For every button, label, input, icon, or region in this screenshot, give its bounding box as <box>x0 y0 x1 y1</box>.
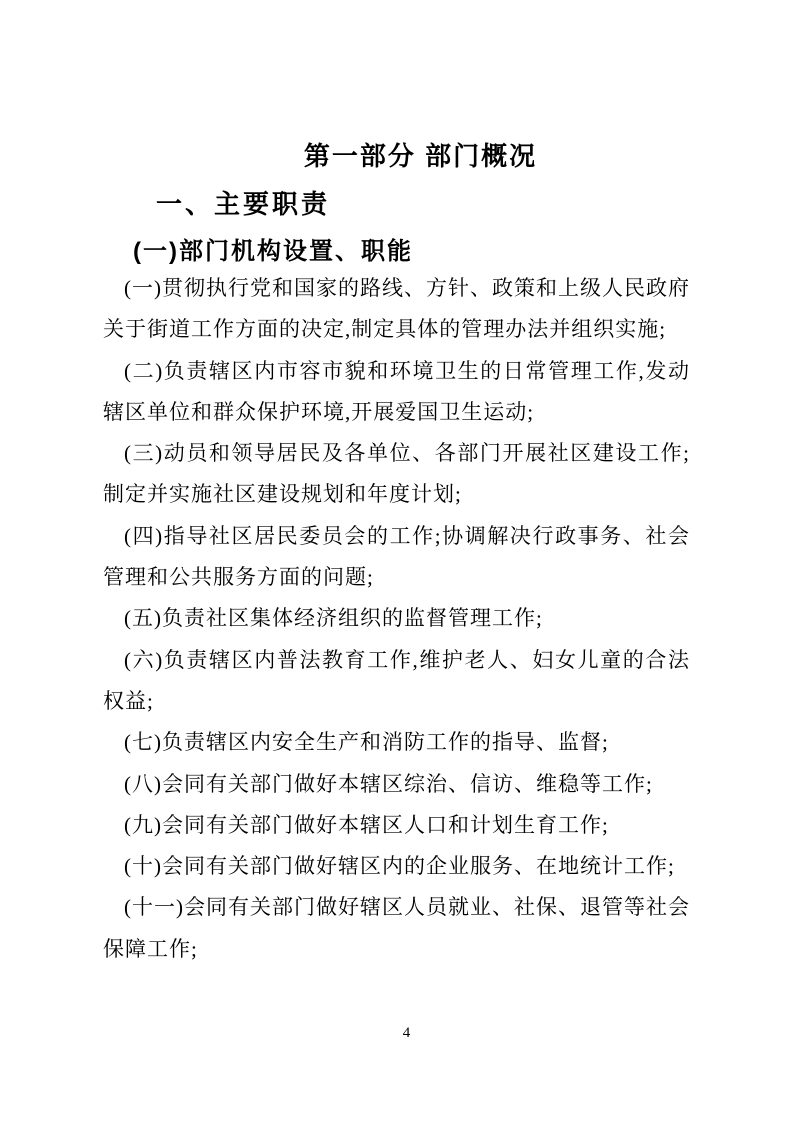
text-line: 关于街道工作方面的决定,制定具体的管理办法并组织实施; <box>103 309 690 350</box>
text-line: 保障工作; <box>103 929 690 970</box>
text-line: 权益; <box>103 681 690 722</box>
paragraph: (九)会同有关部门做好本辖区人口和计划生育工作; <box>103 805 690 846</box>
text-line: (十)会同有关部门做好辖区内的企业服务、在地统计工作; <box>103 846 690 887</box>
text-line: 管理和公共服务方面的问题; <box>103 557 690 598</box>
text-line: (九)会同有关部门做好本辖区人口和计划生育工作; <box>103 805 690 846</box>
text-line: 辖区单位和群众保护环境,开展爱国卫生运动; <box>103 392 690 433</box>
paragraph: (十)会同有关部门做好辖区内的企业服务、在地统计工作; <box>103 846 690 887</box>
text-line: (五)负责社区集体经济组织的监督管理工作; <box>103 598 690 639</box>
text-line: (一)贯彻执行党和国家的路线、方针、政策和上级人民政府 <box>103 268 690 309</box>
paragraph: (三)动员和领导居民及各单位、各部门开展社区建设工作;制定并实施社区建设规划和年… <box>103 433 690 516</box>
text-line: (三)动员和领导居民及各单位、各部门开展社区建设工作; <box>103 433 690 474</box>
paragraph: (五)负责社区集体经济组织的监督管理工作; <box>103 598 690 639</box>
page-title: 第一部分 部门概况 <box>127 141 714 171</box>
subsection-heading: (一)部门机构设置、职能 <box>103 238 690 266</box>
section-heading: 一、主要职责 <box>103 189 690 219</box>
text-line: (八)会同有关部门做好本辖区综治、信访、维稳等工作; <box>103 764 690 805</box>
text-line: (七)负责辖区内安全生产和消防工作的指导、监督; <box>103 722 690 763</box>
paragraph: (六)负责辖区内普法教育工作,维护老人、妇女儿童的合法权益; <box>103 640 690 723</box>
paragraph: (二)负责辖区内市容市貌和环境卫生的日常管理工作,发动辖区单位和群众保护环境,开… <box>103 351 690 434</box>
paragraph: (一)贯彻执行党和国家的路线、方针、政策和上级人民政府关于街道工作方面的决定,制… <box>103 268 690 351</box>
document-content: 第一部分 部门概况 一、主要职责 (一)部门机构设置、职能 (一)贯彻执行党和国… <box>103 0 690 970</box>
text-line: (六)负责辖区内普法教育工作,维护老人、妇女儿童的合法 <box>103 640 690 681</box>
text-line: (十一)会同有关部门做好辖区人员就业、社保、退管等社会 <box>103 887 690 928</box>
text-line: (四)指导社区居民委员会的工作;协调解决行政事务、社会 <box>103 516 690 557</box>
paragraph: (七)负责辖区内安全生产和消防工作的指导、监督; <box>103 722 690 763</box>
paragraph: (八)会同有关部门做好本辖区综治、信访、维稳等工作; <box>103 764 690 805</box>
paragraph: (十一)会同有关部门做好辖区人员就业、社保、退管等社会保障工作; <box>103 887 690 970</box>
document-body: (一)贯彻执行党和国家的路线、方针、政策和上级人民政府关于街道工作方面的决定,制… <box>103 268 690 970</box>
document-page: 第一部分 部门概况 一、主要职责 (一)部门机构设置、职能 (一)贯彻执行党和国… <box>0 0 793 1122</box>
text-line: 制定并实施社区建设规划和年度计划; <box>103 474 690 515</box>
page-footer: 4 <box>0 1024 793 1042</box>
page-number: 4 <box>403 1025 411 1041</box>
paragraph: (四)指导社区居民委员会的工作;协调解决行政事务、社会管理和公共服务方面的问题; <box>103 516 690 599</box>
text-line: (二)负责辖区内市容市貌和环境卫生的日常管理工作,发动 <box>103 351 690 392</box>
